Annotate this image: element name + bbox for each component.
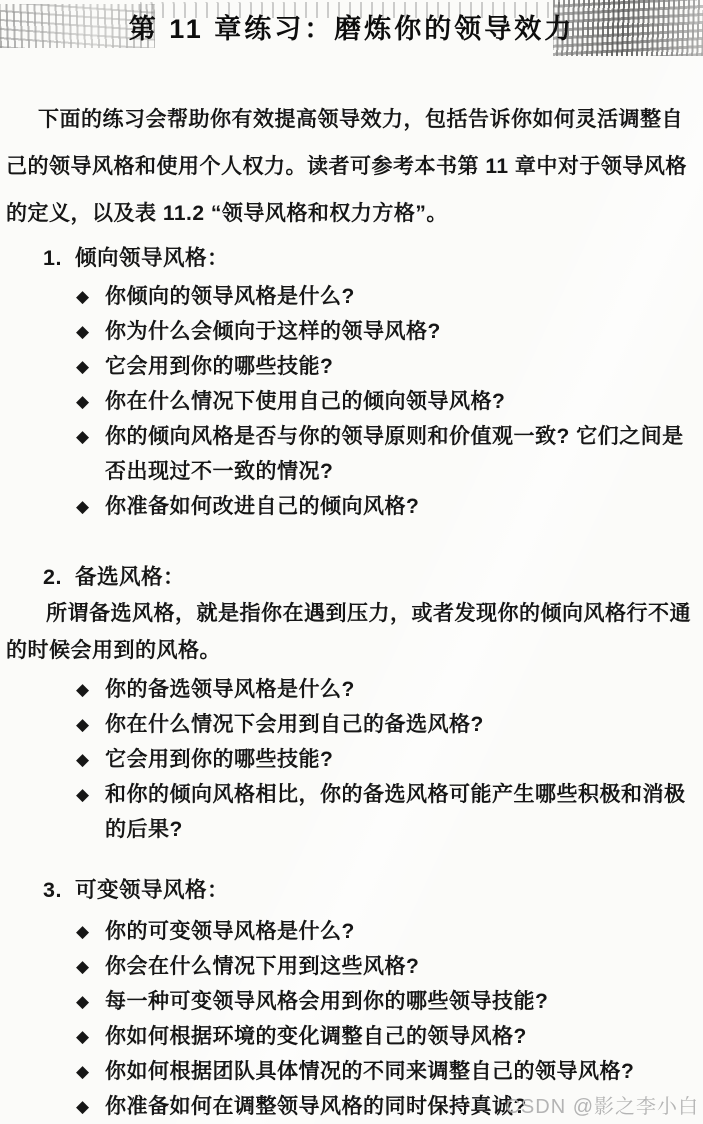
list-item: ◆ 你如何根据团队具体情况的不同来调整自己的领导风格?	[0, 1054, 703, 1089]
diamond-bullet-icon: ◆	[76, 419, 90, 454]
bullet-text: 你如何根据团队具体情况的不同来调整自己的领导风格?	[105, 1060, 634, 1083]
bullet-text: 它会用到你的哪些技能?	[105, 748, 333, 771]
diamond-bullet-icon: ◆	[76, 279, 90, 314]
diamond-bullet-icon: ◆	[76, 384, 90, 419]
diamond-bullet-icon: ◆	[76, 1054, 90, 1089]
list-item: ◆ 你为什么会倾向于这样的领导风格?	[0, 314, 703, 349]
list-item: ◆ 和你的倾向风格相比，你的备选风格可能产生哪些积极和消极的后果?	[0, 777, 703, 847]
diamond-bullet-icon: ◆	[76, 984, 90, 1019]
list-item: ◆ 你倾向的领导风格是什么?	[0, 279, 703, 314]
diamond-bullet-icon: ◆	[76, 1089, 90, 1124]
document-page: 第 11 章练习：磨炼你的领导效力 下面的练习会帮助你有效提高领导效力，包括告诉…	[0, 0, 703, 1124]
section-2-note-paragraph: 所谓备选风格，就是指你在遇到压力，或者发现你的倾向风格行不通的时候会用到的风格。	[6, 595, 697, 669]
diamond-bullet-icon: ◆	[76, 672, 90, 707]
bullet-text: 你如何根据环境的变化调整自己的领导风格?	[105, 1025, 527, 1048]
list-item: ◆ 每一种可变领导风格会用到你的哪些领导技能?	[0, 984, 703, 1019]
diamond-bullet-icon: ◆	[76, 742, 90, 777]
bullet-text: 你准备如何在调整领导风格的同时保持真诚?	[105, 1095, 527, 1118]
bullet-text: 你的可变领导风格是什么?	[105, 920, 355, 943]
list-item: ◆ 你如何根据环境的变化调整自己的领导风格?	[0, 1019, 703, 1054]
diamond-bullet-icon: ◆	[76, 707, 90, 742]
bullet-text: 它会用到你的哪些技能?	[105, 355, 333, 378]
section-2-title: 备选风格：	[75, 565, 185, 589]
csdn-watermark: CSDN @影之李小白	[505, 1090, 699, 1119]
list-item: ◆ 你在什么情况下会用到自己的备选风格?	[0, 707, 703, 742]
diamond-bullet-icon: ◆	[76, 349, 90, 384]
list-item: ◆ 你在什么情况下使用自己的倾向领导风格?	[0, 384, 703, 419]
bullet-text: 每一种可变领导风格会用到你的哪些领导技能?	[105, 990, 548, 1013]
section-1-number: 1.	[43, 245, 62, 271]
section-variable-leadership-style: 3.可变领导风格： ◆ 你的可变领导风格是什么? ◆ 你会在什么情况下用到这些风…	[0, 877, 703, 1124]
bullet-text: 你的备选领导风格是什么?	[105, 678, 355, 701]
list-item: ◆ 你准备如何改进自己的倾向风格?	[0, 489, 703, 524]
list-item: ◆ 它会用到你的哪些技能?	[0, 742, 703, 777]
page-title: 第 11 章练习：磨炼你的领导效力	[0, 0, 703, 44]
section-1-bullet-list: ◆ 你倾向的领导风格是什么? ◆ 你为什么会倾向于这样的领导风格? ◆ 它会用到…	[0, 279, 703, 524]
section-1-title: 倾向领导风格：	[75, 246, 229, 270]
section-3-title: 可变领导风格：	[75, 878, 229, 902]
bullet-text: 你倾向的领导风格是什么?	[105, 285, 355, 308]
bullet-text: 你准备如何改进自己的倾向风格?	[105, 495, 419, 518]
diamond-bullet-icon: ◆	[76, 914, 90, 949]
section-1-heading: 1.倾向领导风格：	[43, 245, 703, 271]
diamond-bullet-icon: ◆	[76, 949, 90, 984]
section-2-heading: 2.备选风格：	[43, 564, 703, 590]
intro-paragraph: 下面的练习会帮助你有效提高领导效力，包括告诉你如何灵活调整自己的领导风格和使用个…	[6, 96, 697, 237]
list-item: ◆ 你的备选领导风格是什么?	[0, 672, 703, 707]
diamond-bullet-icon: ◆	[76, 489, 90, 524]
bullet-text: 你会在什么情况下用到这些风格?	[105, 955, 419, 978]
bullet-text: 你在什么情况下会用到自己的备选风格?	[105, 713, 484, 736]
section-3-number: 3.	[43, 877, 62, 903]
chapter-title-band: 第 11 章练习：磨炼你的领导效力	[0, 0, 703, 58]
bullet-text: 你为什么会倾向于这样的领导风格?	[105, 320, 441, 343]
section-preferred-leadership-style: 1.倾向领导风格： ◆ 你倾向的领导风格是什么? ◆ 你为什么会倾向于这样的领导…	[0, 245, 703, 524]
diamond-bullet-icon: ◆	[76, 314, 90, 349]
diamond-bullet-icon: ◆	[76, 1019, 90, 1054]
bullet-text: 你在什么情况下使用自己的倾向领导风格?	[105, 390, 505, 413]
list-item: ◆ 它会用到你的哪些技能?	[0, 349, 703, 384]
list-item: ◆ 你的可变领导风格是什么?	[0, 914, 703, 949]
list-item: ◆ 你会在什么情况下用到这些风格?	[0, 949, 703, 984]
bullet-text: 和你的倾向风格相比，你的备选风格可能产生哪些积极和消极的后果?	[105, 783, 686, 841]
section-backup-style: 2.备选风格： 所谓备选风格，就是指你在遇到压力，或者发现你的倾向风格行不通的时…	[0, 564, 703, 847]
diamond-bullet-icon: ◆	[76, 777, 90, 812]
section-2-number: 2.	[43, 564, 62, 590]
bullet-text: 你的倾向风格是否与你的领导原则和价值观一致? 它们之间是否出现过不一致的情况?	[105, 425, 684, 483]
section-3-heading: 3.可变领导风格：	[43, 877, 703, 903]
section-2-bullet-list: ◆ 你的备选领导风格是什么? ◆ 你在什么情况下会用到自己的备选风格? ◆ 它会…	[0, 672, 703, 847]
list-item: ◆ 你的倾向风格是否与你的领导原则和价值观一致? 它们之间是否出现过不一致的情况…	[0, 419, 703, 489]
